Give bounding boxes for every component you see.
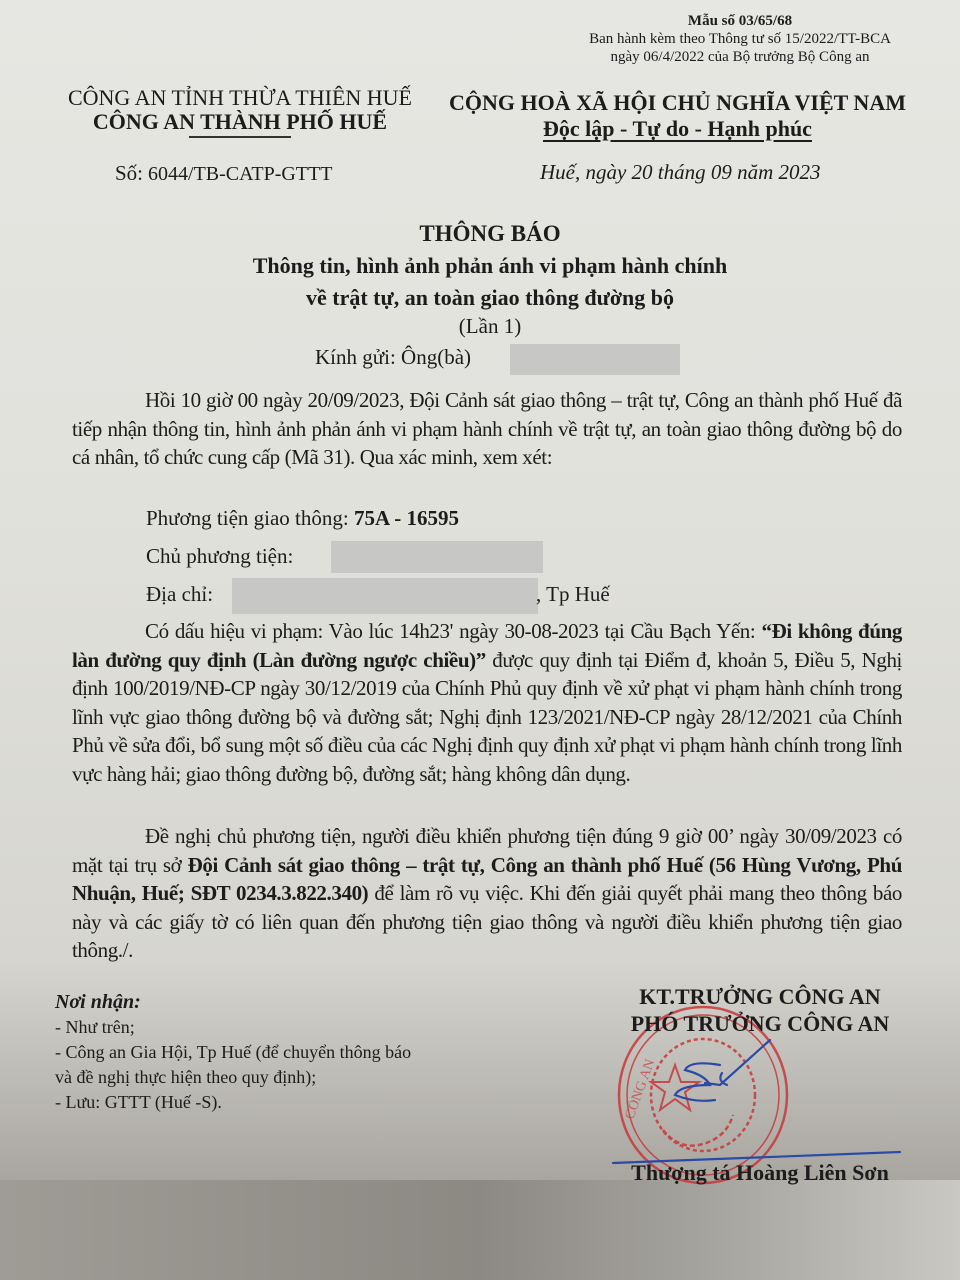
recipients-item: - Công an Gia Hội, Tp Huế (để chuyển thô… (55, 1040, 411, 1065)
issuer-underline (189, 136, 291, 138)
address-label: Địa chỉ: (146, 582, 213, 606)
recipients-heading: Nơi nhận: (55, 990, 411, 1015)
signature-icon (610, 1025, 940, 1165)
recipient-line: Kính gửi: Ông(bà) (315, 345, 471, 370)
issuer-header: CÔNG AN TỈNH THỪA THIÊN HUẾ CÔNG AN THÀN… (40, 86, 440, 138)
redacted-address (232, 578, 538, 614)
recipients-item: - Lưu: GTTT (Huế -S). (55, 1090, 411, 1115)
owner-field: Chủ phương tiện: (146, 544, 293, 569)
redacted-recipient (510, 344, 680, 375)
form-code-title: Mẫu số 03/65/68 (575, 12, 905, 30)
notice-subtitle-2: về trật tự, an toàn giao thông đường bộ (140, 282, 840, 314)
document-number-label: Số: (115, 161, 143, 185)
owner-label: Chủ phương tiện: (146, 544, 293, 568)
intro-paragraph: Hồi 10 giờ 00 ngày 20/09/2023, Đội Cảnh … (72, 386, 902, 472)
recipients-item: - Như trên; (55, 1015, 411, 1040)
national-header: CỘNG HOÀ XÃ HỘI CHỦ NGHĨA VIỆT NAM Độc l… (440, 90, 915, 142)
recipient-label: Kính gửi: Ông(bà) (315, 345, 471, 369)
form-code-line2: ngày 06/4/2022 của Bộ trưởng Bộ Công an (575, 48, 905, 66)
address-tail: , Tp Huế (536, 582, 610, 607)
issuer-unit: CÔNG AN THÀNH PHỐ HUẾ (40, 110, 440, 134)
recipients-item: và đề nghị thực hiện theo quy định); (55, 1065, 411, 1090)
recipients-block: Nơi nhận: - Như trên; - Công an Gia Hội,… (55, 990, 411, 1115)
form-code-line1: Ban hành kèm theo Thông tư số 15/2022/TT… (575, 30, 905, 48)
vehicle-label: Phương tiện giao thông: (146, 506, 349, 530)
violation-paragraph: Có dấu hiệu vi phạm: Vào lúc 14h23' ngày… (72, 617, 902, 788)
document-number: Số: 6044/TB-CATP-GTTT (115, 161, 332, 186)
request-paragraph: Đề nghị chủ phương tiện, người điều khiể… (72, 822, 902, 965)
national-motto: Độc lập - Tự do - Hạnh phúc (440, 116, 915, 142)
redacted-owner (331, 541, 543, 573)
notice-subtitle-1: Thông tin, hình ảnh phản ánh vi phạm hàn… (140, 250, 840, 282)
paper-shadow (0, 1180, 960, 1280)
signature-line1: KT.TRƯỞNG CÔNG AN (600, 983, 920, 1010)
vehicle-plate: 75A - 16595 (354, 506, 459, 530)
issuer-parent: CÔNG AN TỈNH THỪA THIÊN HUẾ (40, 86, 440, 110)
signer-name: Thượng tá Hoàng Liên Sơn (600, 1160, 920, 1186)
national-name: CỘNG HOÀ XÃ HỘI CHỦ NGHĨA VIỆT NAM (440, 90, 915, 116)
notice-title: THÔNG BÁO Thông tin, hình ảnh phản ánh v… (140, 218, 840, 314)
notice-round: (Lần 1) (140, 314, 840, 339)
address-field: Địa chỉ: (146, 582, 213, 607)
form-code-block: Mẫu số 03/65/68 Ban hành kèm theo Thông … (575, 12, 905, 66)
place-date: Huế, ngày 20 tháng 09 năm 2023 (540, 160, 821, 185)
intro-text: Hồi 10 giờ 00 ngày 20/09/2023, Đội Cảnh … (72, 388, 902, 469)
violation-lead: Có dấu hiệu vi phạm: Vào lúc 14h23' ngày… (145, 619, 755, 643)
document-number-value: 6044/TB-CATP-GTTT (148, 163, 332, 185)
notice-title-main: THÔNG BÁO (140, 218, 840, 250)
vehicle-field: Phương tiện giao thông: 75A - 16595 (146, 506, 459, 531)
